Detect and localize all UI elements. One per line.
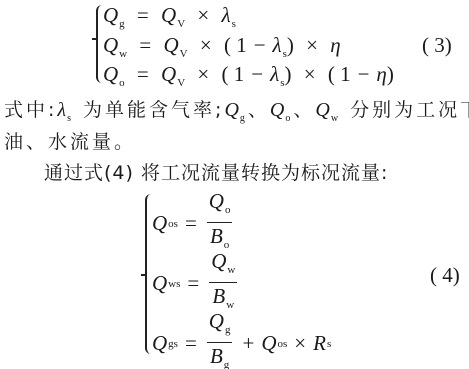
text-line-2: 油、水流量。 <box>4 127 136 154</box>
fraction: Qo Bo <box>207 190 233 257</box>
eq4-row-3: Qgs = Qg Bg + Qos × Rs <box>152 310 331 369</box>
text-line-1: 式中:λs 为单能含气率;Qg、Qo、Qw 分别为工况下气、 <box>4 95 469 124</box>
fraction: Qw Bw <box>209 250 237 317</box>
text-line-3: 通过式(4) 将工况流量转换为标况流量: <box>44 158 388 185</box>
eq4-row-2: Qws = Qw Bw <box>152 250 240 317</box>
eq3-line-3: Qo = QV × ( 1−λs) × ( 1−η) <box>103 62 394 89</box>
eq4-row-1: Qos = Qo Bo <box>152 190 235 257</box>
eq3-line-2: Qw = QV × ( 1−λs) × η <box>103 33 341 60</box>
fraction: Qg Bg <box>207 310 233 369</box>
equation-number-3: ( 3) <box>422 33 452 58</box>
eq3-line-1: Qg = QV × λs <box>103 3 236 30</box>
brace-tip <box>141 274 146 276</box>
brace-tip <box>92 38 97 40</box>
equation-number-4: ( 4) <box>430 263 460 288</box>
